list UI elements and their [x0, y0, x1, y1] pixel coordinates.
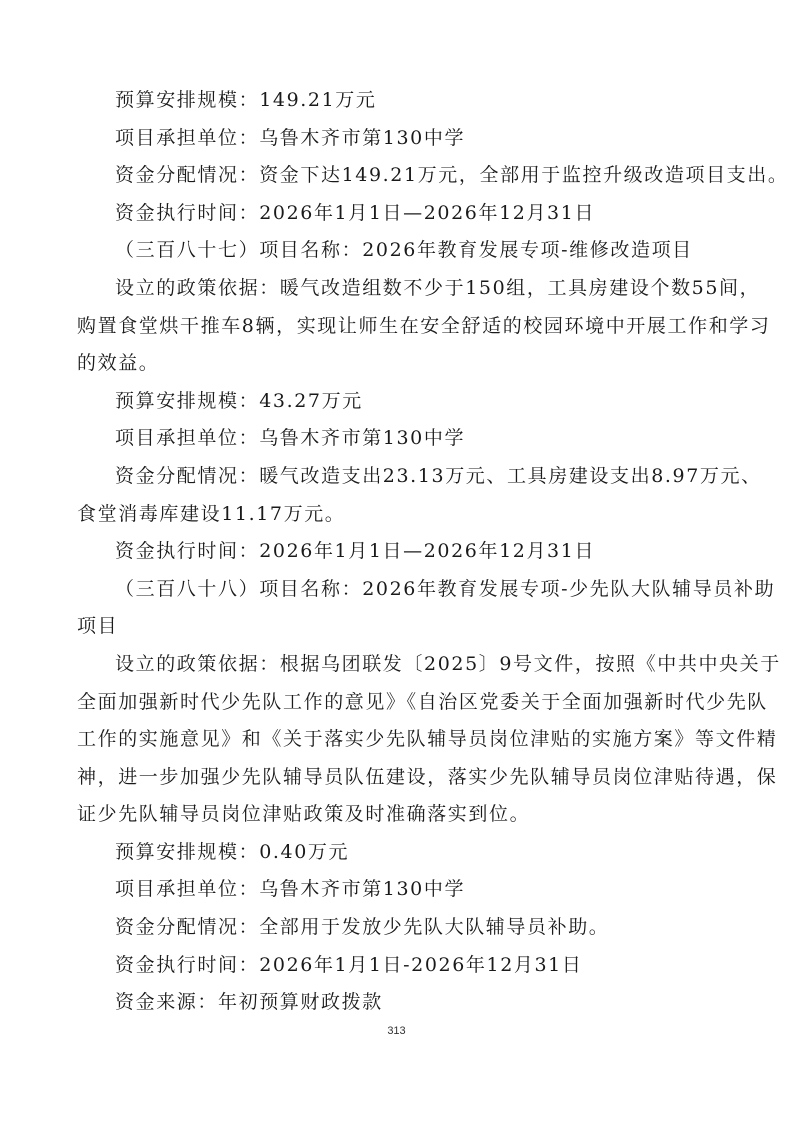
project-388-heading: （三百八十八）项目名称：2026年教育发展专项-少先队大队辅导员补助 项目: [77, 571, 717, 646]
project-388-budget-scale: 预算安排规模：0.40万元: [77, 834, 717, 872]
budget-scale-149: 预算安排规模：149.21万元: [77, 82, 717, 120]
project-387-fund-allocation: 资金分配情况：暖气改造支出23.13万元、工具房建设支出8.97万元、 食堂消毒…: [77, 458, 717, 533]
project-387-policy-basis: 设立的政策依据：暖气改造组数不少于150组，工具房建设个数55间， 购置食堂烘干…: [77, 270, 717, 383]
project-387-unit: 项目承担单位：乌鲁木齐市第130中学: [77, 420, 717, 458]
fund-execution-time: 资金执行时间：2026年1月1日—2026年12月31日: [77, 195, 717, 233]
project-388-fund-allocation: 资金分配情况：全部用于发放少先队大队辅导员补助。: [77, 909, 717, 947]
fund-allocation: 资金分配情况：资金下达149.21万元，全部用于监控升级改造项目支出。: [77, 157, 717, 195]
project-387-execution-time: 资金执行时间：2026年1月1日—2026年12月31日: [77, 533, 717, 571]
project-388-fund-source: 资金来源：年初预算财政拨款: [77, 984, 717, 1022]
project-388-execution-time: 资金执行时间：2026年1月1日-2026年12月31日: [77, 947, 717, 985]
document-page-body: 预算安排规模：149.21万元 项目承担单位：乌鲁木齐市第130中学 资金分配情…: [77, 82, 717, 1022]
project-388-policy-basis: 设立的政策依据：根据乌团联发〔2025〕9号文件，按照《中共中央关于 全面加强新…: [77, 646, 717, 834]
project-387-budget-scale: 预算安排规模：43.27万元: [77, 383, 717, 421]
page-number: 313: [0, 1025, 793, 1037]
project-unit: 项目承担单位：乌鲁木齐市第130中学: [77, 120, 717, 158]
project-387-heading: （三百八十七）项目名称：2026年教育发展专项-维修改造项目: [77, 232, 717, 270]
project-388-unit: 项目承担单位：乌鲁木齐市第130中学: [77, 871, 717, 909]
